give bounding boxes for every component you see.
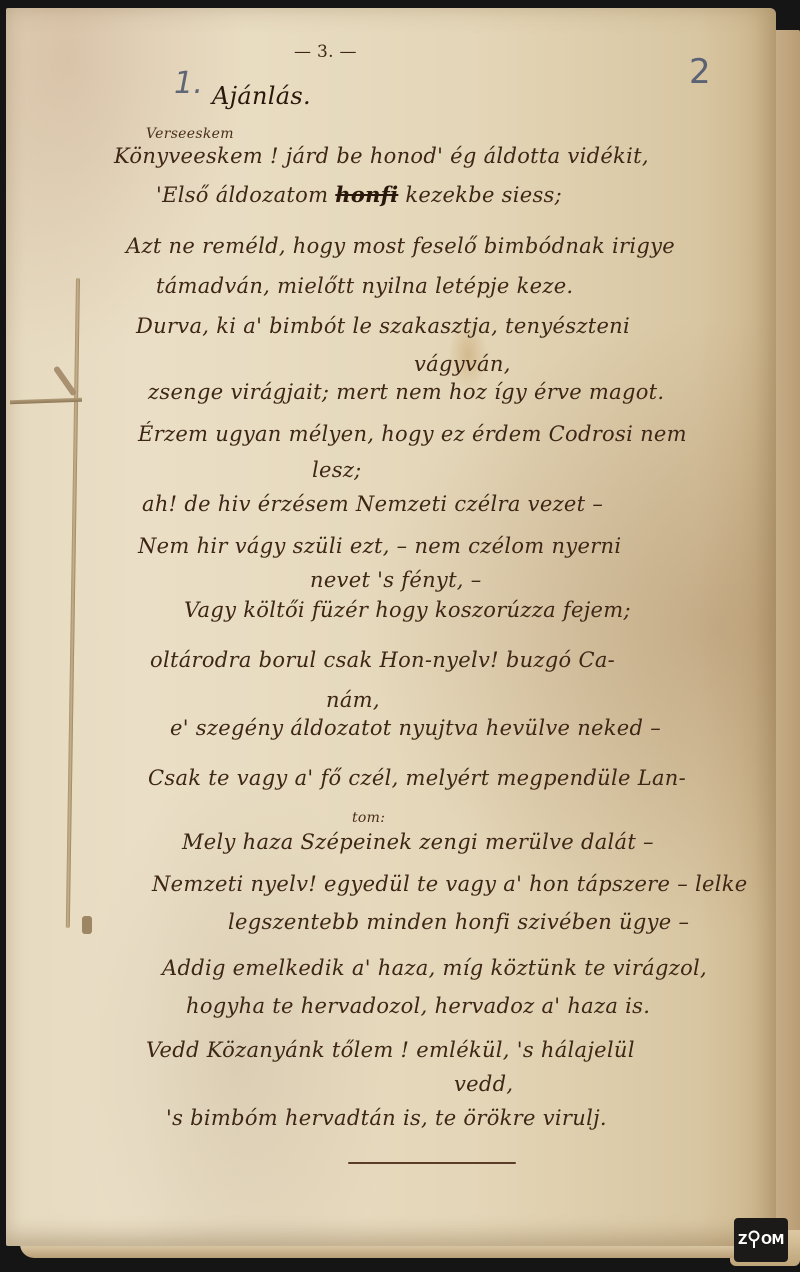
magnifier-icon [747, 1230, 761, 1250]
poem-line: Azt ne reméld, hogy most feselő bimbódna… [126, 234, 675, 258]
image-viewer: — 3. — 2 1. Ajánlás. Verseeskem Könyvees… [0, 0, 800, 1272]
poem-line: 'Első áldozatom honfi kezekbe siess; [156, 182, 562, 207]
poem-line: e' szegény áldozatot nyujtva hevülve nek… [170, 716, 661, 740]
poem-line: Vagy költői füzér hogy koszorúzza fejem; [184, 598, 631, 622]
poem-line: ah! de hiv érzésem Nemzeti czélra vezet … [142, 492, 603, 516]
poem-line: hogyha te hervadozol, hervadoz a' haza i… [186, 994, 650, 1018]
poem-line: Nem hir vágy szüli ezt, – nem czélom nye… [138, 534, 621, 558]
poem-line-continuation: vedd, [454, 1072, 513, 1096]
poem-line: Érzem ugyan mélyen, hogy ez érdem Codros… [138, 422, 687, 446]
binding-thread [66, 278, 80, 928]
folio-number: 2 [689, 52, 711, 92]
binding-thread-end [82, 916, 92, 934]
poem-line: Könyveeskem ! járd be honod' ég áldotta … [114, 144, 649, 168]
poem-line: zsenge virágjait; mert nem hoz így érve … [148, 380, 664, 404]
struck-word: honfi [335, 182, 398, 207]
poem-line: Mely haza Szépeinek zengi merülve dalát … [182, 830, 654, 854]
poem-line: oltárodra borul csak Hon-nyelv! buzgó Ca… [150, 648, 615, 672]
poem-line-continuation: vágyván, [414, 352, 511, 376]
poem-line: Vedd Közanyánk tőlem ! emlékül, 's hálaj… [146, 1038, 635, 1062]
pencil-mark: 1. [174, 66, 203, 101]
poem-line-continuation: nám, [326, 688, 380, 712]
closing-rule [348, 1162, 516, 1164]
zoom-letter-z: Z [738, 1233, 747, 1248]
zoom-badge[interactable]: Z OM [734, 1218, 788, 1262]
poem-line: legszentebb minden honfi szivében ügye – [228, 910, 689, 934]
poem-line: Addig emelkedik a' haza, míg köztünk te … [162, 956, 707, 980]
poem-line-continuation: nevet 's fényt, – [310, 568, 482, 592]
poem-line: Nemzeti nyelv! egyedül te vagy a' hon tá… [152, 872, 748, 896]
line-fragment: kezekbe siess; [398, 183, 562, 207]
poem-line: támadván, mielőtt nyilna letépje keze. [156, 274, 573, 298]
poem-line-continuation: tom: [352, 810, 385, 826]
poem-line: Durva, ki a' bimbót le szakasztja, tenyé… [136, 314, 630, 338]
poem-line: Csak te vagy a' fő czél, melyért megpend… [148, 766, 686, 790]
poem-line: 's bimbóm hervadtán is, te örökre virulj… [166, 1106, 607, 1130]
page-number: — 3. — [294, 42, 357, 62]
zoom-letters-om: OM [761, 1233, 784, 1248]
poem-title: Ajánlás. [212, 82, 311, 110]
line-fragment: 'Első áldozatom [156, 183, 335, 207]
manuscript-page: — 3. — 2 1. Ajánlás. Verseeskem Könyvees… [6, 8, 776, 1246]
interlinear-insert: Verseeskem [146, 126, 234, 142]
poem-line-continuation: lesz; [312, 458, 362, 482]
binding-thread-tie [10, 398, 82, 405]
zoom-label: Z OM [738, 1230, 784, 1250]
